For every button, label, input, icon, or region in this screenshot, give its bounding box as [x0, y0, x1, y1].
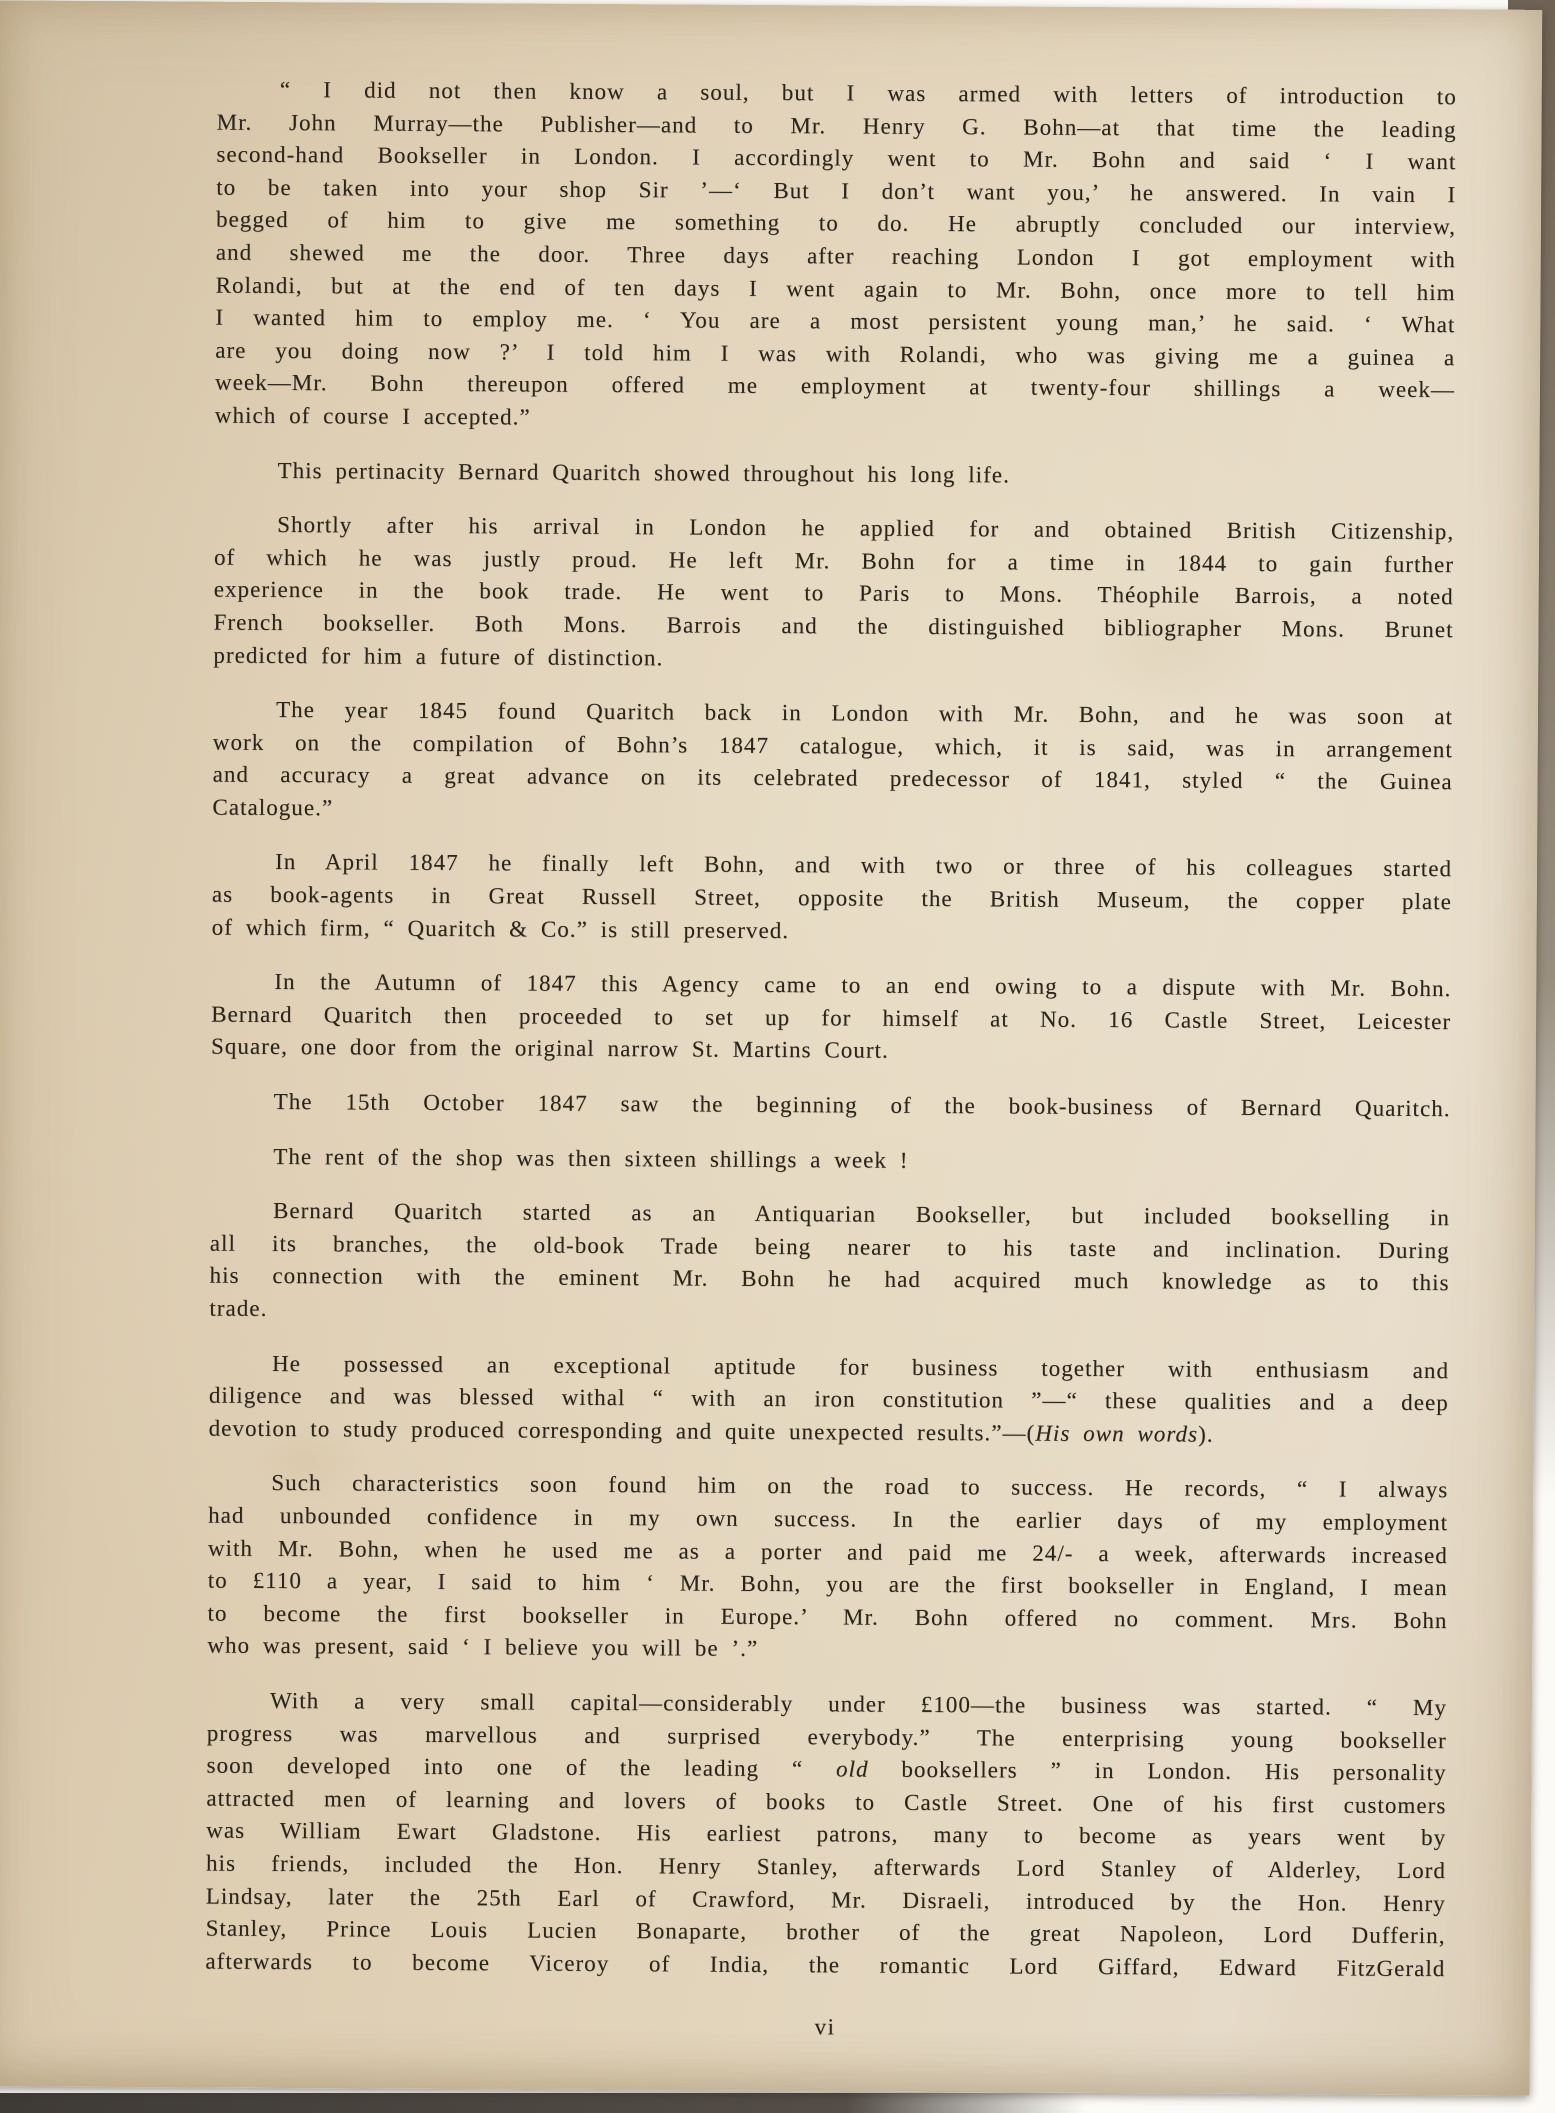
text-segment: In the Autumn of 1847 this Agency came t… — [274, 969, 1451, 1001]
paragraph: Shortly after his arrival in London he a… — [213, 509, 1454, 680]
text-segment: who was present, said ‘ I believe you wi… — [207, 1633, 758, 1661]
text-segment: Rolandi, but at the end of ten days I we… — [216, 272, 1456, 305]
text-segment: to become the first bookseller in Europe… — [207, 1600, 1447, 1633]
page-number-folio: vi — [205, 2008, 1445, 2048]
text-segment: and accuracy a great advance on its cele… — [213, 762, 1453, 795]
text-segment: Such characteristics soon found him on t… — [271, 1470, 1448, 1502]
paragraph: In the Autumn of 1847 this Agency came t… — [211, 966, 1452, 1071]
text-segment: The 15th October 1847 saw the beginning … — [274, 1089, 1451, 1121]
text-segment: of which firm, “ Quaritch & Co.” is stil… — [212, 914, 790, 943]
italic-text: old — [836, 1757, 869, 1782]
text-segment: booksellers ” in London. His personality — [868, 1757, 1446, 1786]
text-segment: begged of him to give me something to do… — [216, 207, 1456, 240]
text-segment: which of course I accepted.” — [215, 403, 531, 430]
text-segment: soon developed into one of the leading “ — [207, 1753, 837, 1782]
text-segment: second-hand Bookseller in London. I acco… — [216, 142, 1456, 175]
paragraph: Bernard Quaritch started as an Antiquari… — [209, 1195, 1450, 1333]
text-segment: are you doing now ?’ I told him I was wi… — [215, 337, 1455, 370]
text-segment: devotion to study produced corresponding… — [209, 1415, 1036, 1445]
text-block: “ I did not then know a soul, but I was … — [205, 74, 1457, 2048]
text-line: This pertinacity Bernard Quaritch showed… — [214, 454, 1454, 494]
text-segment: “ I did not then know a soul, but I was … — [280, 77, 1457, 109]
paragraph: The 15th October 1847 saw the beginning … — [211, 1086, 1451, 1126]
text-segment: The rent of the shop was then sixteen sh… — [273, 1144, 908, 1173]
paragraphs-container: “ I did not then know a soul, but I was … — [205, 74, 1457, 1986]
text-segment: experience in the book trade. He went to… — [214, 577, 1454, 610]
text-segment: The year 1845 found Quaritch back in Lon… — [276, 697, 1453, 729]
paragraph: This pertinacity Bernard Quaritch showed… — [214, 454, 1454, 494]
text-segment: I wanted him to employ me. ‘ You are a m… — [215, 305, 1455, 338]
scan-edge-shadow-bottom — [0, 2093, 1085, 2113]
text-segment: Bernard Quaritch started as an Antiquari… — [273, 1198, 1450, 1230]
text-segment: French bookseller. Both Mons. Barrois an… — [214, 609, 1454, 642]
text-segment: Shortly after his arrival in London he a… — [277, 512, 1454, 544]
text-segment: Mr. John Murray—the Publisher—and to Mr.… — [217, 109, 1457, 142]
text-segment: afterwards to become Viceroy of India, t… — [205, 1948, 1445, 1981]
paragraph: In April 1847 he finally left Bohn, and … — [212, 846, 1453, 951]
text-segment: week—Mr. Bohn thereupon offered me emplo… — [215, 370, 1455, 403]
text-segment: He possessed an exceptional aptitude for… — [272, 1351, 1449, 1383]
text-segment: had unbounded confidence in my own succe… — [208, 1503, 1448, 1536]
text-segment: to £110 a year, I said to him ‘ Mr. Bohn… — [208, 1568, 1448, 1601]
paragraph: He possessed an exceptional aptitude for… — [209, 1347, 1450, 1452]
text-segment: his connection with the eminent Mr. Bohn… — [210, 1263, 1450, 1296]
text-segment: Square, one door from the original narro… — [211, 1034, 889, 1063]
text-segment: Lindsay, later the 25th Earl of Crawford… — [206, 1883, 1446, 1916]
book-page: “ I did not then know a soul, but I was … — [0, 0, 1542, 2095]
paragraph: With a very small capital—considerably u… — [205, 1684, 1447, 1985]
text-segment: In April 1847 he finally left Bohn, and … — [275, 849, 1452, 881]
italic-text: His own words — [1035, 1420, 1198, 1446]
text-segment: Bernard Quaritch then proceeded to set u… — [211, 1001, 1451, 1034]
text-segment: diligence and was blessed withal “ with … — [209, 1383, 1449, 1416]
text-segment: predicted for him a future of distinctio… — [213, 642, 663, 670]
paragraph: Such characteristics soon found him on t… — [207, 1467, 1448, 1670]
text-segment: his friends, included the Hon. Henry Sta… — [206, 1850, 1446, 1883]
text-segment: and shewed me the door. Three days after… — [216, 240, 1456, 273]
text-segment: to be taken into your shop Sir ’—‘ But I… — [216, 174, 1456, 207]
paragraph: “ I did not then know a soul, but I was … — [215, 74, 1457, 440]
text-segment: work on the compilation of Bohn’s 1847 c… — [213, 729, 1453, 762]
paragraph: The year 1845 found Quaritch back in Lon… — [212, 694, 1453, 832]
text-segment: Catalogue.” — [212, 794, 333, 820]
text-line: The 15th October 1847 saw the beginning … — [211, 1086, 1451, 1126]
text-segment: was William Ewart Gladstone. His earlies… — [206, 1818, 1446, 1851]
text-line: The rent of the shop was then sixteen sh… — [210, 1140, 1450, 1180]
text-segment: attracted men of learning and lovers of … — [206, 1785, 1446, 1818]
text-segment: Stanley, Prince Louis Lucien Bonaparte, … — [206, 1916, 1446, 1949]
text-segment: with Mr. Bohn, when he used me as a port… — [208, 1535, 1448, 1568]
text-line: afterwards to become Viceroy of India, t… — [205, 1945, 1445, 1985]
paragraph: The rent of the shop was then sixteen sh… — [210, 1140, 1450, 1180]
text-segment: This pertinacity Bernard Quaritch showed… — [277, 457, 1010, 486]
text-segment: of which he was justly proud. He left Mr… — [214, 544, 1454, 577]
text-segment: as book-agents in Great Russell Street, … — [212, 882, 1452, 915]
text-segment: With a very small capital—considerably u… — [270, 1688, 1447, 1720]
text-segment: all its branches, the old-book Trade bei… — [210, 1230, 1450, 1263]
text-segment: progress was marvellous and surprised ev… — [207, 1720, 1447, 1753]
text-segment: ). — [1198, 1421, 1214, 1446]
text-segment: trade. — [209, 1296, 267, 1321]
